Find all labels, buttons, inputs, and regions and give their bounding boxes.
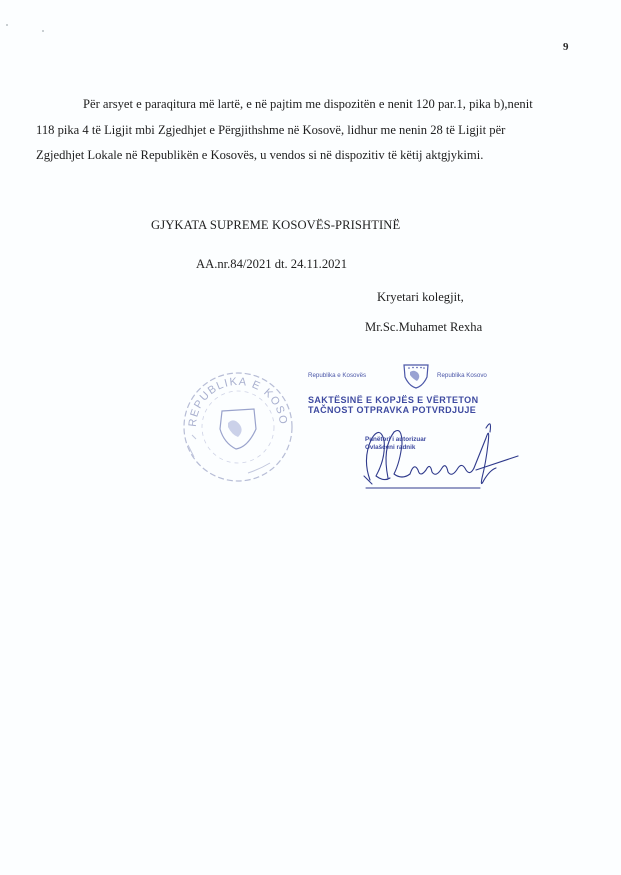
- court-name: GJYKATA SUPREME KOSOVËS-PRISHTINË: [151, 218, 400, 233]
- paragraph-line: Për arsyet e paraqitura më lartë, e në p…: [36, 92, 591, 118]
- page-number: 9: [563, 41, 569, 53]
- scan-speck: [42, 30, 44, 32]
- paragraph-line: Zgjedhjet Lokale në Republikën e Kosovës…: [36, 143, 591, 169]
- stamp-line-serbian: TAČNOST OTPRAVKA POTVRDJUJE: [308, 405, 476, 415]
- signer-role: Kryetari kolegjit,: [377, 290, 464, 305]
- case-reference: AA.nr.84/2021 dt. 24.11.2021: [196, 257, 347, 272]
- conclusion-paragraph: Për arsyet e paraqitura më lartë, e në p…: [36, 92, 591, 169]
- stamp-header-right: Republika Kosovo: [437, 372, 487, 379]
- handwritten-signature-icon: [362, 418, 522, 493]
- signer-name: Mr.Sc.Muhamet Rexha: [365, 320, 482, 335]
- scan-speck: [6, 24, 8, 26]
- document-page: 9 Për arsyet e paraqitura më lartë, e në…: [0, 0, 621, 875]
- court-seal-icon: REPUBLIKA E KOSOVËS: [178, 365, 298, 485]
- stamp-line-albanian: SAKTËSINË E KOPJËS E VËRTETON: [308, 395, 478, 405]
- stamp-header-left: Republika e Kosovës: [308, 372, 366, 379]
- paragraph-line: 118 pika 4 të Ligjit mbi Zgjedhjet e Për…: [36, 118, 591, 144]
- kosovo-emblem-icon: [401, 362, 431, 390]
